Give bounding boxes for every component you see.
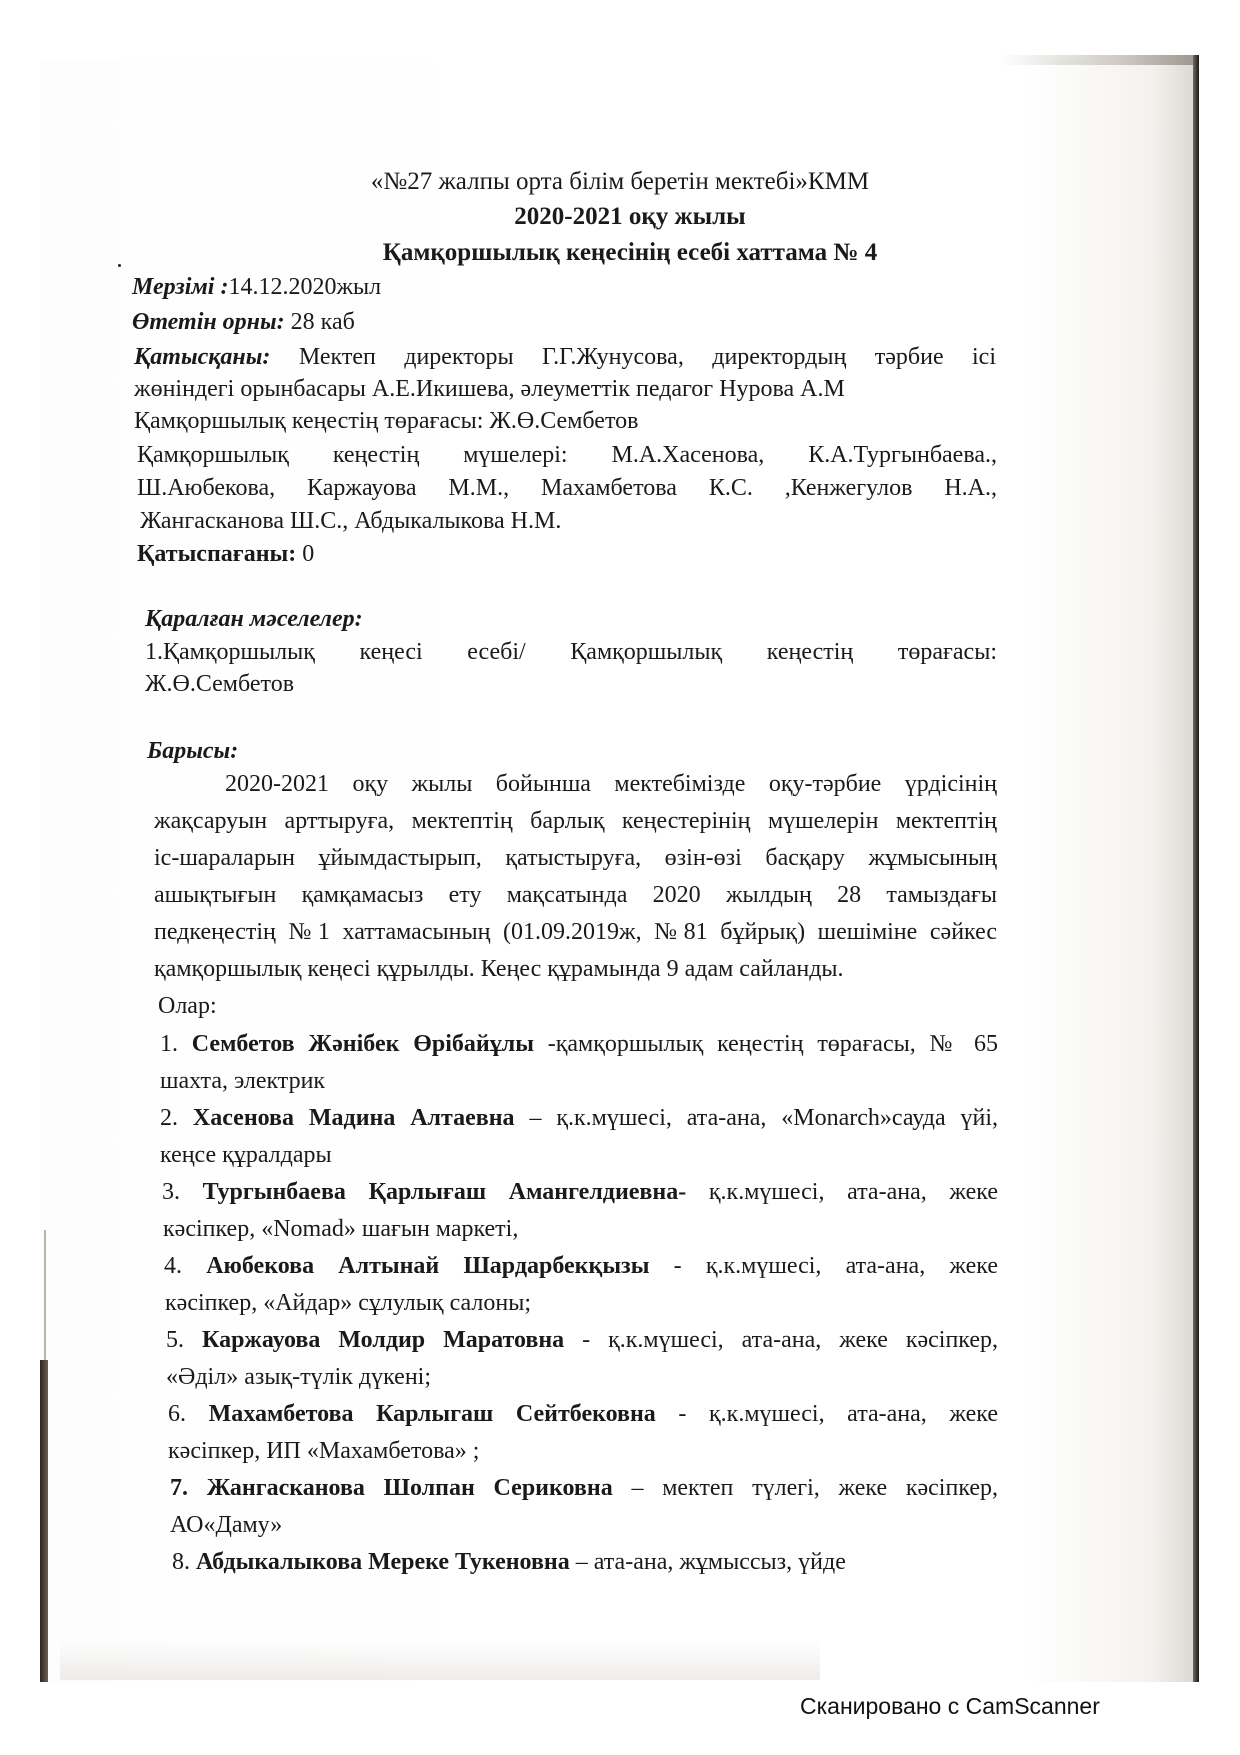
absent-row: Қатыспағаны: 0 <box>137 540 314 569</box>
member-4-name: Аюбекова Алтынай Шардарбекқызы <box>206 1253 649 1279</box>
document-body: «№27 жалпы орта білім беретін мектебі»КМ… <box>0 0 1240 1755</box>
member-item-5-line-2: «Әділ» азық-түлік дүкені; <box>166 1363 431 1392</box>
agenda-item-1-line-1: 1.Қамқоршылық кеңесі есебі/ Қамқоршылық … <box>145 638 997 667</box>
member-item-4-line-1: 4. Аюбекова Алтынай Шардарбекқызы - қ.к.… <box>164 1252 998 1281</box>
proceedings-line-2: жақсаруын арттыруға, мектептің барлық ке… <box>154 807 997 836</box>
academic-year: 2020-2021 оқу жылы <box>10 202 1240 232</box>
absent-label: Қатыспағаны: <box>137 541 296 567</box>
member-7-number: 7. <box>170 1475 188 1501</box>
proceedings-line-3: іс-шараларын ұйымдастырып, қатыстыруға, … <box>154 844 997 873</box>
present-line-2: жөніндегі орынбасары А.Е.Икишева, әлеуме… <box>134 375 845 404</box>
member-item-3-line-1: 3. Тургынбаева Қарлығаш Амангелдиевна- қ… <box>162 1178 998 1207</box>
members-line-2: Ш.Аюбекова, Каржауова М.М., Махамбетова … <box>137 474 997 503</box>
camscanner-watermark: Сканировано с CamScanner <box>800 1693 1100 1720</box>
member-item-2-line-1: 2. Хасенова Мадина Алтаевна – қ.к.мүшесі… <box>160 1104 998 1133</box>
document-title: Қамқоршылық кеңесінің есебі хаттама № 4 <box>10 238 1240 268</box>
member-4-number: 4. <box>164 1253 182 1279</box>
member-3-name: Тургынбаева Қарлығаш Амангелдиевна- <box>203 1179 687 1205</box>
member-item-1-line-1: 1. Сембетов Жәнібек Өрібайұлы -қамқоршыл… <box>160 1030 998 1059</box>
place-label: Өтетін орны: <box>132 309 285 335</box>
chair-line: Қамқоршылық кеңестің төрағасы: Ж.Ө.Сембе… <box>134 407 638 436</box>
proceedings-label: Барысы: <box>147 737 238 766</box>
member-item-1-line-2: шахта, электрик <box>160 1067 325 1096</box>
member-6-number: 6. <box>168 1401 186 1427</box>
member-2-name: Хасенова Мадина Алтаевна <box>193 1105 515 1131</box>
school-name: «№27 жалпы орта білім беретін мектебі»КМ… <box>0 167 1240 197</box>
member-item-5-line-1: 5. Каржауова Молдир Маратовна - қ.к.мүше… <box>166 1326 998 1355</box>
member-3-number: 3. <box>162 1179 180 1205</box>
member-7-desc: – мектеп түлегі, жеке кәсіпкер, <box>631 1475 998 1501</box>
place-value: 28 каб <box>285 309 355 335</box>
list-intro: Олар: <box>158 992 217 1021</box>
member-6-name: Махамбетова Карлыгаш Сейтбековна <box>209 1401 656 1427</box>
proceedings-line-4: ашықтығын қамқамасыз ету мақсатында 2020… <box>154 881 997 910</box>
member-5-number: 5. <box>166 1327 184 1353</box>
member-item-7-line-1: 7. Жангасканова Шолпан Сериковна – мекте… <box>170 1474 998 1503</box>
member-item-7-line-2: АО«Даму» <box>170 1511 282 1540</box>
agenda-label: Қаралған мәселелер: <box>145 605 363 634</box>
member-1-name: Сембетов Жәнібек Өрібайұлы <box>192 1031 534 1057</box>
member-2-number: 2. <box>160 1105 178 1131</box>
member-item-6-line-1: 6. Махамбетова Карлыгаш Сейтбековна - қ.… <box>168 1400 998 1429</box>
members-line-3: Жангасканова Ш.С., Абдыкалыкова Н.М. <box>140 507 561 536</box>
member-item-3-line-2: кәсіпкер, «Nomad» шағын маркеті, <box>163 1215 518 1244</box>
member-3-desc: қ.к.мүшесі, ата-ана, жеке <box>709 1179 998 1205</box>
present-label: Қатысқаны: <box>134 344 270 370</box>
member-2-desc: – қ.к.мүшесі, ата-ана, «Monarch»сауда үй… <box>529 1105 998 1131</box>
member-item-8-line-1: 8. Абдыкалыкова Мереке Тукеновна – ата-а… <box>172 1548 846 1577</box>
member-item-4-line-2: кәсіпкер, «Айдар» сұлулық салоны; <box>165 1289 531 1318</box>
proceedings-line-6: қамқоршылық кеңесі құрылды. Кеңес құрамы… <box>154 955 844 984</box>
member-1-number: 1. <box>160 1031 178 1057</box>
date-value: 14.12.2020жыл <box>228 274 381 300</box>
member-8-number: 8. <box>172 1549 190 1575</box>
members-line-1: Қамқоршылық кеңестің мүшелері: М.А.Хасен… <box>137 441 997 470</box>
member-1-desc: -қамқоршылық кеңестің төрағасы, № 65 <box>548 1031 998 1057</box>
proceedings-line-5: педкеңестің №1 хаттамасының (01.09.2019ж… <box>154 918 997 947</box>
member-4-desc: - қ.к.мүшесі, ата-ана, жеке <box>674 1253 998 1279</box>
date-label: Мерзімі : <box>132 274 228 300</box>
proceedings-line-1: 2020-2021 оқу жылы бойынша мектебімізде … <box>225 770 997 799</box>
absent-value: 0 <box>296 541 314 567</box>
member-6-desc: - қ.к.мүшесі, ата-ана, жеке <box>678 1401 998 1427</box>
member-7-name: Жангасканова Шолпан Сериковна <box>207 1475 613 1501</box>
member-8-desc: – ата-ана, жұмыссыз, үйде <box>570 1549 846 1575</box>
member-8-name: Абдыкалыкова Мереке Тукеновна <box>196 1549 570 1575</box>
member-item-2-line-2: кеңсе құралдары <box>160 1141 332 1170</box>
present-text-1: Мектеп директоры Г.Г.Жунусова, директорд… <box>299 344 996 370</box>
member-5-name: Каржауова Молдир Маратовна <box>202 1327 564 1353</box>
present-line-1: Қатысқаны: Мектеп директоры Г.Г.Жунусова… <box>134 343 996 372</box>
agenda-item-1-line-2: Ж.Ө.Сембетов <box>145 670 294 699</box>
place-row: Өтетін орны: 28 каб <box>132 308 355 337</box>
member-5-desc: - қ.к.мүшесі, ата-ана, жеке кәсіпкер, <box>582 1327 998 1353</box>
member-item-6-line-2: кәсіпкер, ИП «Махамбетова» ; <box>168 1437 479 1466</box>
date-row: Мерзімі :14.12.2020жыл <box>132 273 381 302</box>
